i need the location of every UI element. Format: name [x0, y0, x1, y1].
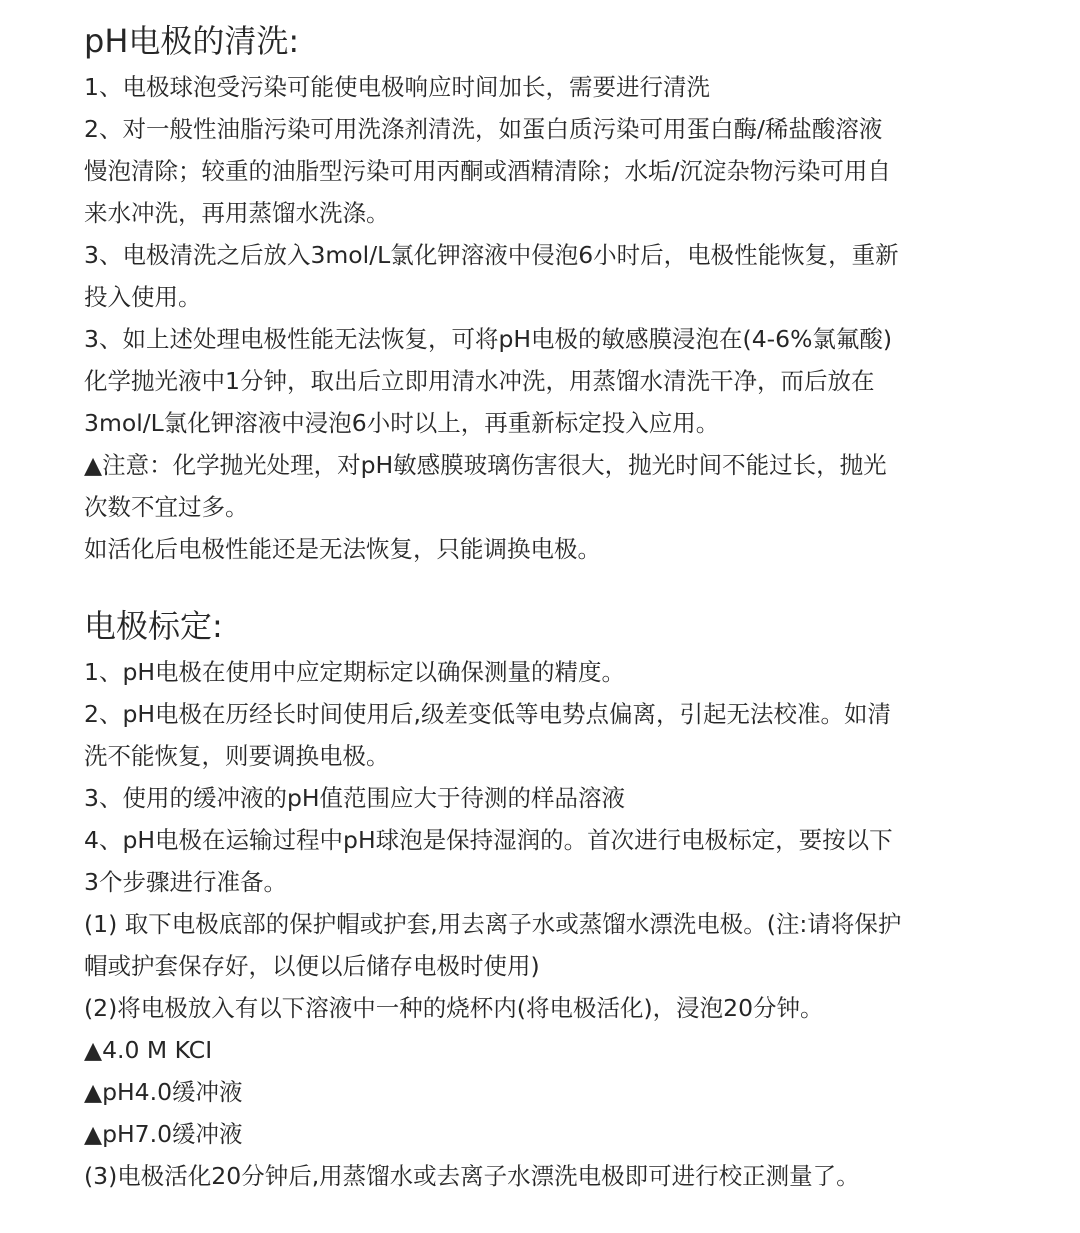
section-spacer [84, 570, 1024, 603]
section-title-calibration: 电极标定: [84, 603, 1024, 649]
cleaning-line-1: 1、电极球泡受污染可能使电极响应时间加长，需要进行清洗 [84, 66, 1024, 108]
calibration-step-1-line-2: 帽或护套保存好，以便以后储存电极时使用) [84, 945, 1024, 987]
cleaning-line-5: 3、电极清洗之后放入3mol/L氯化钾溶液中侵泡6小时后，电极性能恢复，重新 [84, 234, 1024, 276]
cleaning-line-6: 投入使用。 [84, 276, 1024, 318]
cleaning-line-9: 3mol/L氯化钾溶液中浸泡6小时以上，再重新标定投入应用。 [84, 402, 1024, 444]
calibration-line-6: 3个步骤进行准备。 [84, 861, 1024, 903]
section-title-cleaning: pH电极的清洗: [84, 18, 1024, 64]
calibration-line-4: 3、使用的缓冲液的pH值范围应大于待测的样品溶液 [84, 777, 1024, 819]
calibration-line-3: 洗不能恢复，则要调换电极。 [84, 735, 1024, 777]
cleaning-line-3: 慢泡清除；较重的油脂型污染可用丙酮或酒精清除；水垢/沉淀杂物污染可用自 [84, 150, 1024, 192]
calibration-step-3: (3)电极活化20分钟后,用蒸馏水或去离子水漂洗电极即可进行校正测量了。 [84, 1155, 1024, 1197]
cleaning-line-final: 如活化后电极性能还是无法恢复，只能调换电极。 [84, 528, 1024, 570]
solution-option-ph4: ▲pH4.0缓冲液 [84, 1071, 1024, 1113]
calibration-step-2: (2)将电极放入有以下溶液中一种的烧杯内(将电极活化)，浸泡20分钟。 [84, 987, 1024, 1029]
section-electrode-calibration: 电极标定: 1、pH电极在使用中应定期标定以确保测量的精度。 2、pH电极在历经… [84, 603, 1024, 1197]
cleaning-line-4: 来水冲洗，再用蒸馏水洗涤。 [84, 192, 1024, 234]
cleaning-line-2: 2、对一般性油脂污染可用洗涤剂清洗，如蛋白质污染可用蛋白酶/稀盐酸溶液 [84, 108, 1024, 150]
cleaning-warning-line-2: 次数不宜过多。 [84, 486, 1024, 528]
calibration-line-2: 2、pH电极在历经长时间使用后,级差变低等电势点偏离，引起无法校准。如清 [84, 693, 1024, 735]
calibration-step-1-line-1: (1) 取下电极底部的保护帽或护套,用去离子水或蒸馏水漂洗电极。(注:请将保护 [84, 903, 1024, 945]
solution-option-kcl: ▲4.0 M KCI [84, 1029, 1024, 1071]
cleaning-line-8: 化学抛光液中1分钟，取出后立即用清水冲洗，用蒸馏水清洗干净，而后放在 [84, 360, 1024, 402]
calibration-line-1: 1、pH电极在使用中应定期标定以确保测量的精度。 [84, 651, 1024, 693]
solution-option-ph7: ▲pH7.0缓冲液 [84, 1113, 1024, 1155]
cleaning-line-7: 3、如上述处理电极性能无法恢复，可将pH电极的敏感膜浸泡在(4-6%氯氟酸) [84, 318, 1024, 360]
calibration-line-5: 4、pH电极在运输过程中pH球泡是保持湿润的。首次进行电极标定，要按以下 [84, 819, 1024, 861]
document-body: pH电极的清洗: 1、电极球泡受污染可能使电极响应时间加长，需要进行清洗 2、对… [84, 18, 1024, 1197]
section-electrode-cleaning: pH电极的清洗: 1、电极球泡受污染可能使电极响应时间加长，需要进行清洗 2、对… [84, 18, 1024, 570]
cleaning-warning-line-1: ▲注意：化学抛光处理，对pH敏感膜玻璃伤害很大，抛光时间不能过长，抛光 [84, 444, 1024, 486]
